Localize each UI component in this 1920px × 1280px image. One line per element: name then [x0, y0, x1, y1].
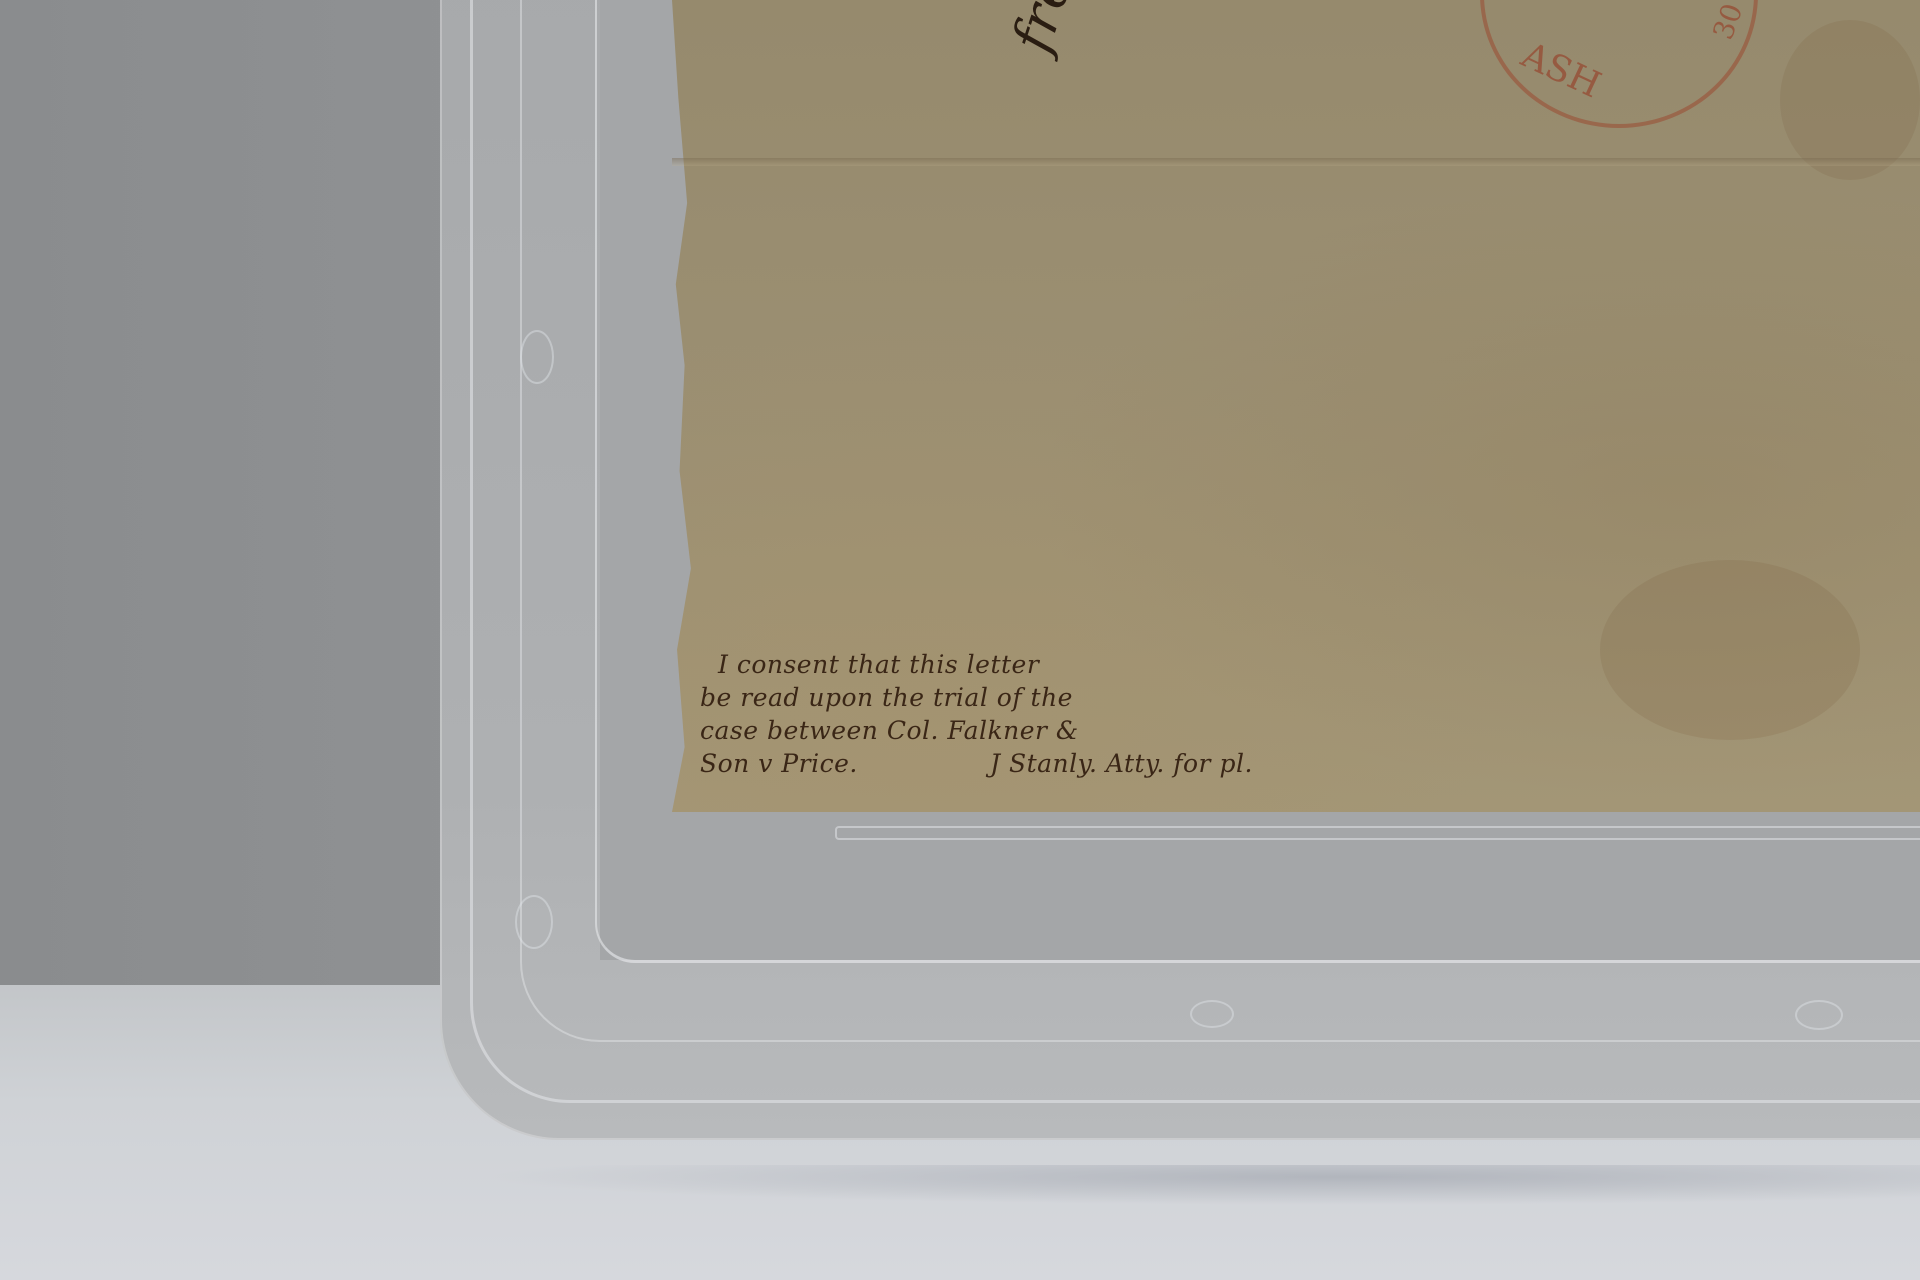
note-line: be read upon the trial of the — [700, 681, 1380, 714]
holder-label-slot — [835, 826, 1920, 840]
holder-stud — [1190, 1000, 1234, 1028]
handwritten-consent-note: I consent that this letter be read upon … — [700, 648, 1380, 780]
note-line: I consent that this letter — [700, 648, 1380, 681]
paper-stain — [1780, 20, 1920, 180]
paper-fold-crease — [672, 158, 1920, 166]
holder-stud — [515, 895, 553, 949]
note-signature: J Stanly. Atty. for pl. — [990, 747, 1253, 780]
holder-stud — [520, 330, 554, 384]
paper-stain — [1600, 560, 1860, 740]
holder-shadow — [480, 1165, 1920, 1205]
note-line: case between Col. Falkner & — [700, 714, 1380, 747]
holder-stud — [1795, 1000, 1843, 1030]
